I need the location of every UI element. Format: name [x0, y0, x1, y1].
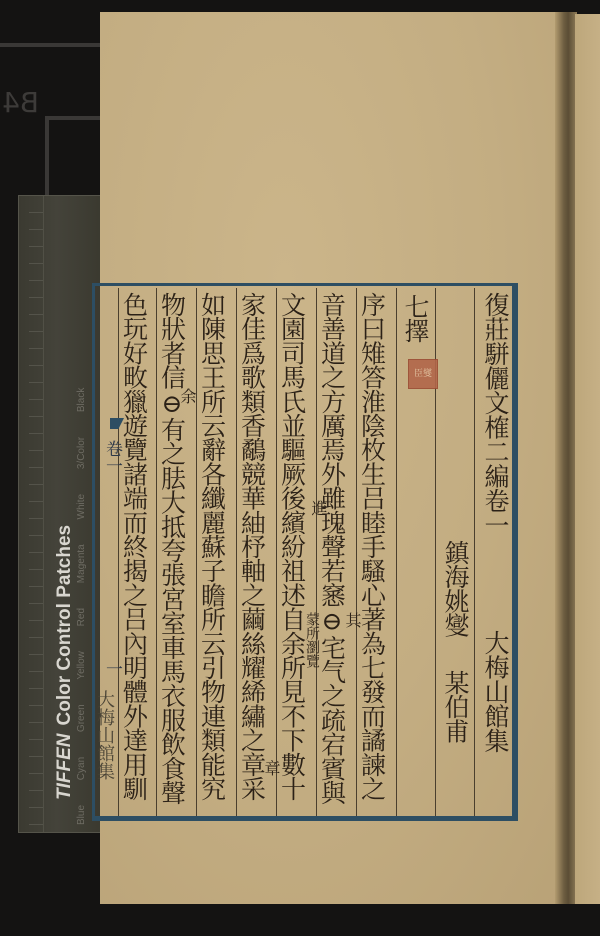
chapter-title: 七擇 — [398, 294, 432, 342]
fold-page-number: 一 — [102, 660, 122, 677]
book-title: 復莊駢儷文榷二編卷一 — [478, 292, 512, 537]
marginal-annotation: 其 — [343, 612, 361, 628]
patch-label: Magenta — [76, 544, 87, 583]
patch-label: Red — [76, 608, 87, 626]
author-courtesy-name: 某伯甫 — [438, 670, 472, 743]
collector-seal: 臣燮 — [408, 359, 438, 389]
patch-label: 3/Color — [76, 437, 87, 469]
calibration-patch-labels: Blue Cyan Green Yellow Red Magenta White… — [76, 388, 87, 825]
patch-label: Black — [76, 388, 87, 412]
board-guide-line — [45, 116, 49, 196]
text-column-3: 文園司馬氏並驅厥後繽紛祖述自余所見不下數十 — [280, 292, 304, 800]
patch-label: Cyan — [76, 757, 87, 780]
collection-name: 大梅山館集 — [478, 630, 512, 753]
board-guide-line — [45, 116, 100, 120]
calibration-title: Color Control Patches — [54, 525, 75, 726]
marginal-annotation: 蒙所瀏覽 — [304, 612, 320, 668]
board-guide-line — [0, 43, 100, 47]
patch-label: Green — [76, 704, 87, 732]
text-column-5: 如陳思王所云辭各纖麗蘇子瞻所云引物連類能究 — [200, 292, 224, 800]
marginal-annotation: 余 — [178, 388, 196, 404]
text-column-2: 音善道之方厲焉外雖瑰聲若窸⊖宅气之疏宕賓與 — [320, 292, 344, 804]
patch-label: Yellow — [76, 651, 87, 680]
text-column-4: 家佳爲歌類香鷸競華紬杼軸之繭絲耀絺繡之章采 — [240, 292, 264, 800]
next-page-edge — [575, 14, 600, 904]
marginal-annotation: 進 — [309, 500, 327, 516]
calibration-ruler — [29, 196, 44, 832]
patch-label: White — [76, 494, 87, 520]
page-gutter — [555, 12, 577, 904]
board-label: B4 — [2, 86, 39, 119]
patch-label: Blue — [76, 805, 87, 825]
text-column-6: 物狀者信⊖有之胠大抵夸張宮室車馬衣服飲食聲 — [160, 292, 184, 804]
marginal-annotation: 章 — [262, 760, 280, 776]
text-column-7: 色玩好畋獵遊覽諸端而終揭之吕內明體外達用馴 — [122, 292, 146, 800]
calibration-card-title: TIFFENColor Control Patches — [54, 525, 76, 800]
author-name: 鎮海姚燮 — [438, 540, 472, 637]
fold-volume-label: 卷一 — [102, 440, 122, 474]
calibration-brand: TIFFEN — [54, 734, 75, 801]
fold-collection-name: 大梅山館集 — [92, 690, 116, 780]
text-column-1: 序曰雉答淮陰枚生吕睦手騷心著為七發而譎諫之 — [360, 292, 384, 800]
